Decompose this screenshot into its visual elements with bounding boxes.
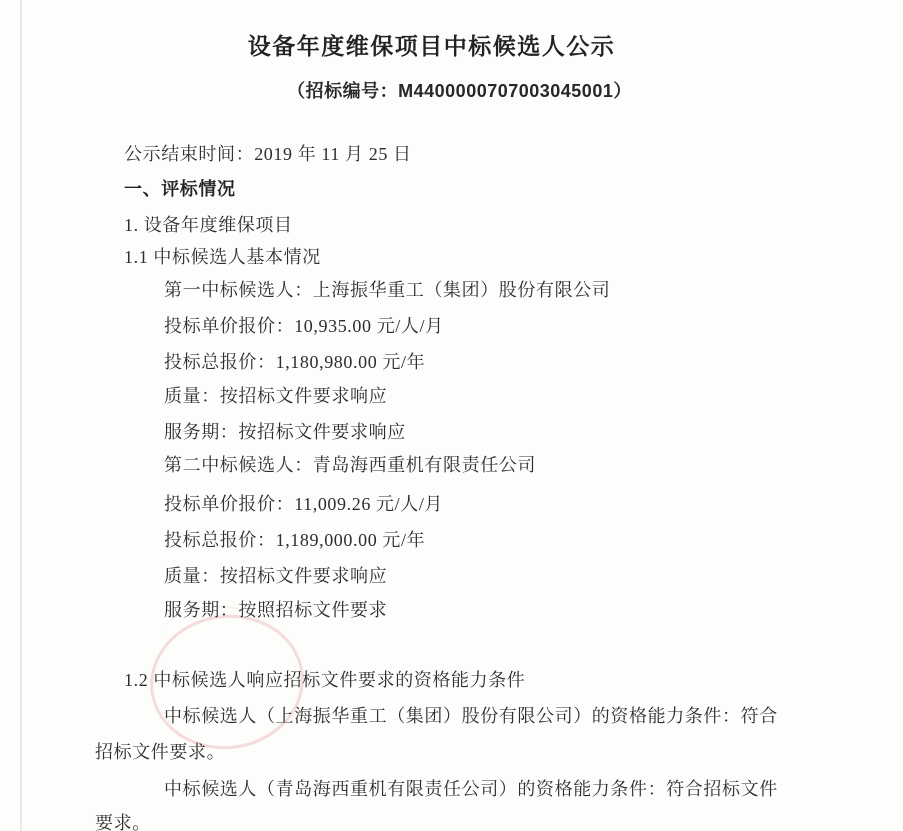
qualification2-line1: 中标候选人（青岛海西重机有限责任公司）的资格能力条件：符合招标文件 xyxy=(164,775,778,801)
candidate1-unit-price: 投标单价报价：10,935.00 元/人/月 xyxy=(164,312,444,338)
candidate1-total-price: 投标总报价：1,180,980.00 元/年 xyxy=(164,348,425,374)
candidate2-unit-price: 投标单价报价：11,009.26 元/人/月 xyxy=(164,490,443,516)
candidate2-name: 第二中标候选人：青岛海西重机有限责任公司 xyxy=(164,451,536,477)
candidate2-service-period: 服务期：按照招标文件要求 xyxy=(164,596,387,622)
scanned-document-page: 设备年度维保项目中标候选人公示 （招标编号：M44000007070030450… xyxy=(0,0,903,831)
candidate1-service-period: 服务期：按招标文件要求响应 xyxy=(164,418,406,444)
scan-edge-artifact xyxy=(20,0,22,831)
bid-number: （招标编号：M4400000707003045001） xyxy=(16,77,903,103)
qualification2-line2: 要求。 xyxy=(95,809,151,831)
candidate1-quality: 质量：按招标文件要求响应 xyxy=(164,382,387,408)
candidate2-quality: 质量：按招标文件要求响应 xyxy=(164,562,387,588)
qualification1-line1: 中标候选人（上海振华重工（集团）股份有限公司）的资格能力条件：符合 xyxy=(164,702,778,728)
candidate2-total-price: 投标总报价：1,189,000.00 元/年 xyxy=(164,526,425,552)
qualification1-line2: 招标文件要求。 xyxy=(95,738,225,764)
candidate1-name: 第一中标候选人：上海振华重工（集团）股份有限公司 xyxy=(164,276,610,302)
qualification-heading: 1.2 中标候选人响应招标文件要求的资格能力条件 xyxy=(124,666,525,692)
project-item-heading: 1. 设备年度维保项目 xyxy=(124,211,293,237)
section-evaluation-heading: 一、评标情况 xyxy=(124,175,236,201)
basic-info-heading: 1.1 中标候选人基本情况 xyxy=(124,243,321,269)
publicity-end-time: 公示结束时间：2019 年 11 月 25 日 xyxy=(124,140,412,166)
document-title: 设备年度维保项目中标候选人公示 xyxy=(0,28,863,61)
